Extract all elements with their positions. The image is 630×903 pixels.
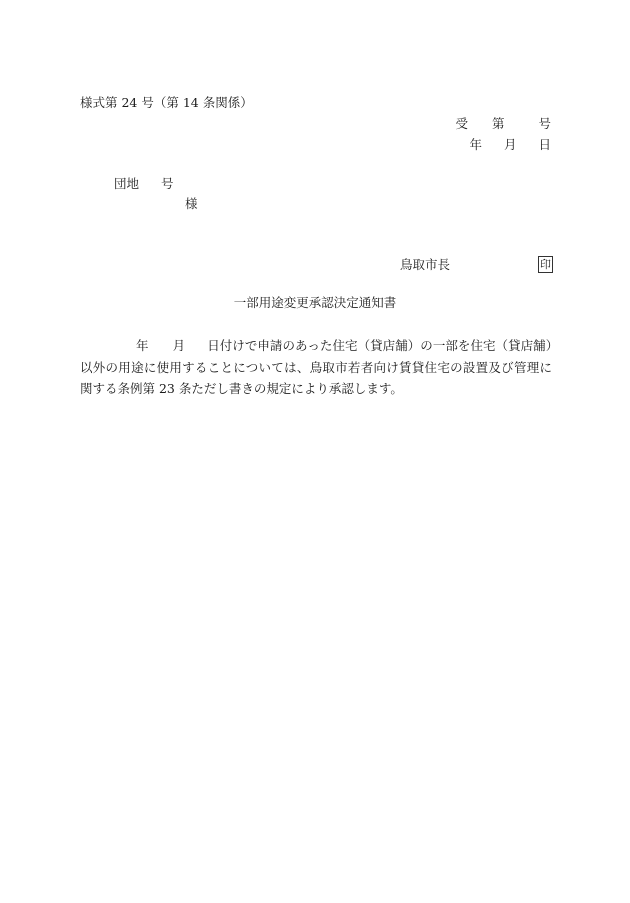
recipient-honorific: 様 — [185, 198, 198, 211]
issue-date-row: 年 月 日 — [469, 139, 551, 152]
registration-number-row: 受 第 号 — [455, 118, 551, 131]
body-text: 日付けで申請のあった住宅（貸店舗）の一部を住宅（貸店舗）以外の用途に使用すること… — [80, 338, 552, 396]
day-label: 日 — [538, 139, 551, 152]
unit-number-suffix: 号 — [161, 178, 174, 191]
number-suffix: 号 — [538, 118, 551, 131]
body-month: 月 — [173, 338, 186, 353]
received-label: 受 — [455, 118, 468, 131]
number-prefix: 第 — [492, 118, 505, 131]
recipient-address: 団地 号 — [114, 178, 174, 191]
form-number-label: 様式第 24 号（第 14 条関係） — [80, 97, 253, 110]
month-label: 月 — [504, 139, 517, 152]
body-year: 年 — [136, 338, 149, 353]
seal-stamp: 印 — [538, 256, 553, 273]
year-label: 年 — [469, 139, 482, 152]
document-title: 一部用途変更承認決定通知書 — [0, 297, 630, 310]
issuer-name: 鳥取市長 — [400, 259, 450, 272]
danchi-label: 団地 — [114, 178, 139, 191]
body-paragraph: 年月日付けで申請のあった住宅（貸店舗）の一部を住宅（貸店舗）以外の用途に使用する… — [80, 335, 552, 400]
